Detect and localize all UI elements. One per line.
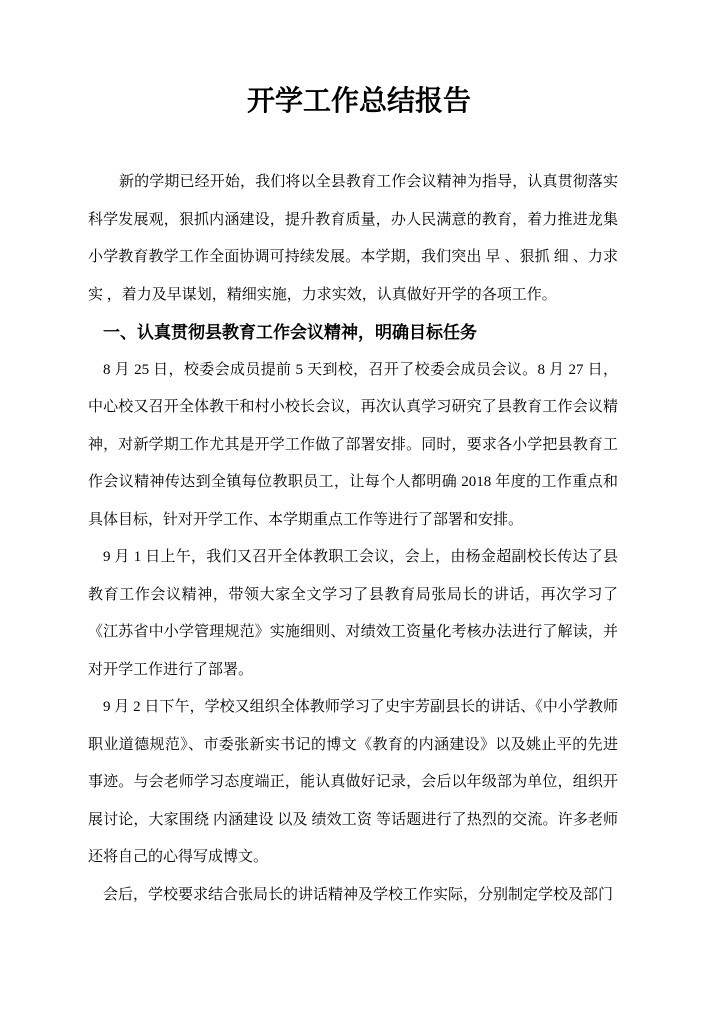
document-page: 开学工作总结报告 新的学期已经开始，我们将以全县教育工作会议精神为指导，认真贯彻…	[0, 0, 721, 1020]
paragraph-closing: 会后，学校要求结合张局长的讲话精神及学校工作实际，分别制定学校及部门	[88, 877, 618, 915]
document-body: 新的学期已经开始，我们将以全县教育工作会议精神为指导，认真贯彻落实科学发展观，狠…	[88, 164, 618, 914]
document-title: 开学工作总结报告	[88, 83, 630, 120]
paragraph-intro: 新的学期已经开始，我们将以全县教育工作会议精神为指导，认真贯彻落实科学发展观，狠…	[88, 164, 618, 314]
paragraph-sep2-study: 9 月 2 日下午，学校又组织全体教师学习了史宇芳副县长的讲话、《中小学教师职业…	[88, 689, 618, 877]
section-heading-1: 一、认真贯彻县教育工作会议精神，明确目标任务	[88, 314, 618, 352]
paragraph-aug25-meeting: 8 月 25 日，校委会成员提前 5 天到校，召开了校委会成员会议。8 月 27…	[88, 352, 618, 540]
paragraph-sep1-meeting: 9 月 1 日上午，我们又召开全体教职工会议，会上，由杨金超副校长传达了县教育工…	[88, 539, 618, 689]
